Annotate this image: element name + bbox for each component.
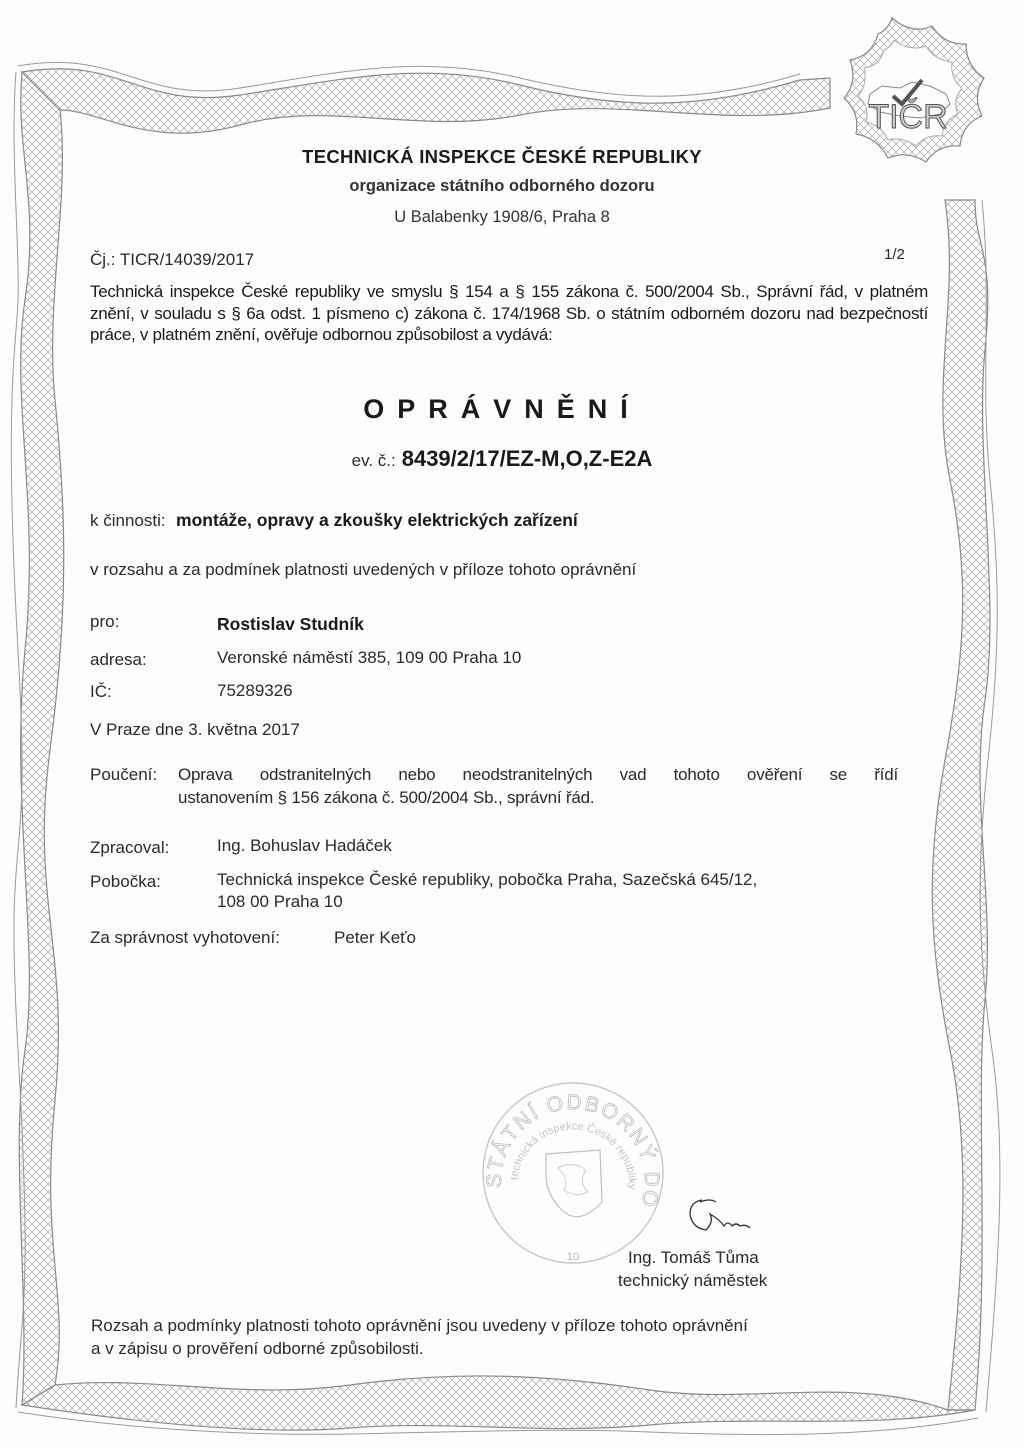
- correctness-value: Peter Keťo: [334, 928, 416, 948]
- ticr-logo-rosette: TIČR: [844, 18, 984, 162]
- instruction-line1: Oprava odstranitelných nebo neodstranite…: [178, 765, 898, 785]
- footer-line1: Rozsah a podmínky platnosti tohoto opráv…: [91, 1316, 748, 1336]
- certificate-page: TIČR TECHNICKÁ INSPEKCE ČESKÉ REPUBLIKY …: [0, 0, 1024, 1448]
- svg-text:10: 10: [567, 1251, 579, 1263]
- intro-paragraph: Technická inspekce České republiky ve sm…: [90, 281, 928, 346]
- registration-label: ev. č.:: [352, 451, 396, 470]
- holder-ic-label: IČ:: [90, 682, 112, 702]
- registration-number: ev. č.:8439/2/17/EZ-M,O,Z-E2A: [0, 446, 1004, 472]
- branch-label: Pobočka:: [90, 872, 161, 892]
- footer-line2: a v zápisu o prověření odborné způsobilo…: [91, 1339, 424, 1359]
- svg-text:TIČR: TIČR: [868, 98, 947, 136]
- activity-value: montáže, opravy a zkoušky elektrických z…: [176, 510, 578, 530]
- holder-name: Rostislav Studník: [217, 614, 364, 635]
- organization-name: TECHNICKÁ INSPEKCE ČESKÉ REPUBLIKY: [0, 146, 1004, 168]
- organization-subtitle: organizace státního odborného dozoru: [0, 177, 1004, 196]
- registration-value: 8439/2/17/EZ-M,O,Z-E2A: [402, 446, 653, 471]
- correctness-label: Za správnost vyhotovení:: [90, 928, 280, 948]
- reference-number: Čj.: TICR/14039/2017: [90, 250, 254, 270]
- activity-label: k činnosti:: [90, 511, 166, 530]
- signature-icon: [680, 1192, 760, 1242]
- holder-for-label: pro:: [90, 612, 119, 632]
- holder-ic: 75289326: [217, 681, 293, 701]
- holder-address: Veronské náměstí 385, 109 00 Praha 10: [217, 648, 521, 668]
- organization-address: U Balabenky 1908/6, Praha 8: [0, 208, 1004, 227]
- activity-row: k činnosti: montáže, opravy a zkoušky el…: [90, 510, 578, 531]
- branch-line1: Technická inspekce České republiky, pobo…: [217, 870, 757, 890]
- document-title: OPRÁVNĚNÍ: [0, 394, 1004, 425]
- scope-text: v rozsahu a za podmínek platnosti uveden…: [90, 560, 636, 580]
- issue-date: V Praze dne 3. května 2017: [90, 720, 300, 740]
- holder-address-label: adresa:: [90, 650, 147, 670]
- signatory-name: Ing. Tomáš Tůma: [628, 1248, 759, 1268]
- official-stamp-icon: STÁTNÍ ODBORNÝ DOZOR technická inspekce …: [478, 1078, 668, 1268]
- signatory-title: technický náměstek: [618, 1271, 767, 1291]
- branch-line2: 108 00 Praha 10: [217, 892, 343, 912]
- instruction-line2: ustanovením § 156 zákona č. 500/2004 Sb.…: [178, 788, 594, 808]
- instruction-label: Poučení:: [90, 765, 157, 785]
- svg-text:STÁTNÍ ODBORNÝ DOZOR: STÁTNÍ ODBORNÝ DOZOR: [478, 1078, 663, 1211]
- page-number: 1/2: [884, 246, 905, 263]
- processed-value: Ing. Bohuslav Hadáček: [217, 836, 392, 856]
- processed-label: Zpracoval:: [90, 838, 169, 858]
